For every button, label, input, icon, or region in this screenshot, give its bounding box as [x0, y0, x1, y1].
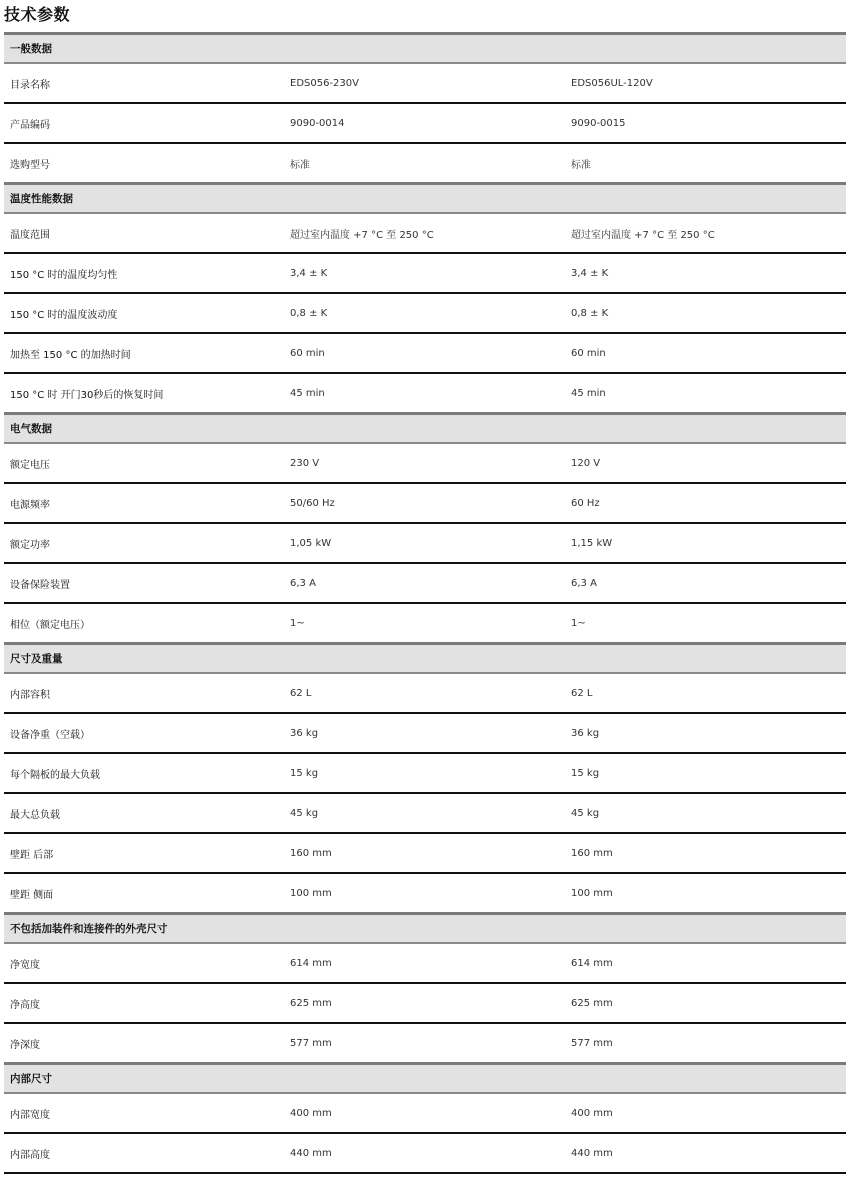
row-label: 设备保险装置 — [4, 576, 285, 591]
row-label: 内部高度 — [4, 1146, 285, 1161]
value-model-230v: 614 mm — [285, 958, 566, 969]
value-model-120v: 160 mm — [566, 848, 846, 859]
row-label: 加热至 150 °C 的加热时间 — [4, 346, 285, 361]
row-label: 壁距 后部 — [4, 846, 285, 861]
row-label: 净高度 — [4, 996, 285, 1011]
value-model-230v: 100 mm — [285, 888, 566, 899]
table-row: 150 °C 时 开门30秒后的恢复时间 45 min 45 min — [4, 374, 846, 412]
value-model-120v: 15 kg — [566, 768, 846, 779]
value-model-230v: 45 kg — [285, 808, 566, 819]
table-row: 电源频率 50/60 Hz 60 Hz — [4, 484, 846, 524]
table-row: 加热至 150 °C 的加热时间 60 min 60 min — [4, 334, 846, 374]
table-row: 净高度 625 mm 625 mm — [4, 984, 846, 1024]
table-row: 内部容积 62 L 62 L — [4, 674, 846, 714]
table-row: 最大总负载 45 kg 45 kg — [4, 794, 846, 834]
value-model-120v: 577 mm — [566, 1038, 846, 1049]
row-label: 内部宽度 — [4, 1106, 285, 1121]
value-model-230v: 15 kg — [285, 768, 566, 779]
value-model-120v: 45 min — [566, 388, 846, 399]
table-row: 150 °C 时的温度均匀性 3,4 ± K 3,4 ± K — [4, 254, 846, 294]
row-label: 额定电压 — [4, 456, 285, 471]
value-model-230v: 9090-0014 — [285, 118, 566, 129]
value-model-120v: 62 L — [566, 688, 846, 699]
value-model-120v: 0,8 ± K — [566, 308, 846, 319]
table-row: 额定功率 1,05 kW 1,15 kW — [4, 524, 846, 564]
table-row: 壁距 后部 160 mm 160 mm — [4, 834, 846, 874]
value-model-120v: 60 min — [566, 348, 846, 359]
value-model-230v: 1,05 kW — [285, 538, 566, 549]
table-row: 净宽度 614 mm 614 mm — [4, 944, 846, 984]
value-model-230v: 577 mm — [285, 1038, 566, 1049]
table-row: 选购型号 标准 标准 — [4, 144, 846, 182]
value-model-230v: 230 V — [285, 458, 566, 469]
row-label: 150 °C 时 开门30秒后的恢复时间 — [4, 386, 285, 401]
table-row: 额定电压 230 V 120 V — [4, 444, 846, 484]
table-row: 目录名称 EDS056-230V EDS056UL-120V — [4, 64, 846, 104]
row-label: 最大总负载 — [4, 806, 285, 821]
row-label: 温度范围 — [4, 226, 285, 241]
row-label: 壁距 侧面 — [4, 886, 285, 901]
table-row: 产品编码 9090-0014 9090-0015 — [4, 104, 846, 144]
value-model-120v: 440 mm — [566, 1148, 846, 1159]
row-label: 150 °C 时的温度均匀性 — [4, 266, 285, 281]
section-header-electrical: 电气数据 — [4, 412, 846, 444]
value-model-230v: 45 min — [285, 388, 566, 399]
value-model-230v: 62 L — [285, 688, 566, 699]
table-row: 温度范围 超过室内温度 +7 °C 至 250 °C 超过室内温度 +7 °C … — [4, 214, 846, 254]
row-label: 产品编码 — [4, 116, 285, 131]
row-label: 设备净重（空载） — [4, 726, 285, 741]
value-model-120v: 标准 — [566, 156, 846, 171]
row-label: 净深度 — [4, 1036, 285, 1051]
value-model-230v: 625 mm — [285, 998, 566, 1009]
row-label: 额定功率 — [4, 536, 285, 551]
value-model-230v: 6,3 A — [285, 578, 566, 589]
table-row: 净深度 577 mm 577 mm — [4, 1024, 846, 1062]
row-label: 每个隔板的最大负载 — [4, 766, 285, 781]
row-label: 目录名称 — [4, 76, 285, 91]
value-model-230v: 3,4 ± K — [285, 268, 566, 279]
section-header-temperature: 温度性能数据 — [4, 182, 846, 214]
value-model-120v: 400 mm — [566, 1108, 846, 1119]
value-model-230v: 0,8 ± K — [285, 308, 566, 319]
value-model-120v: 100 mm — [566, 888, 846, 899]
value-model-120v: 60 Hz — [566, 498, 846, 509]
table-row: 每个隔板的最大负载 15 kg 15 kg — [4, 754, 846, 794]
value-model-120v: 614 mm — [566, 958, 846, 969]
value-model-120v: EDS056UL-120V — [566, 78, 846, 89]
table-row: 150 °C 时的温度波动度 0,8 ± K 0,8 ± K — [4, 294, 846, 334]
value-model-120v: 36 kg — [566, 728, 846, 739]
row-label: 相位（额定电压） — [4, 616, 285, 631]
value-model-230v: 1~ — [285, 618, 566, 629]
value-model-230v: EDS056-230V — [285, 78, 566, 89]
section-header-external-dimensions: 不包括加装件和连接件的外壳尺寸 — [4, 912, 846, 944]
value-model-230v: 160 mm — [285, 848, 566, 859]
row-label: 150 °C 时的温度波动度 — [4, 306, 285, 321]
table-row: 设备保险装置 6,3 A 6,3 A — [4, 564, 846, 604]
table-row: 内部宽度 400 mm 400 mm — [4, 1094, 846, 1134]
value-model-120v: 45 kg — [566, 808, 846, 819]
value-model-120v: 1,15 kW — [566, 538, 846, 549]
table-row: 相位（额定电压） 1~ 1~ — [4, 604, 846, 642]
section-header-general: 一般数据 — [4, 32, 846, 64]
table-row: 内部高度 440 mm 440 mm — [4, 1134, 846, 1172]
section-header-internal-dimensions: 内部尺寸 — [4, 1062, 846, 1094]
value-model-120v: 3,4 ± K — [566, 268, 846, 279]
value-model-230v: 超过室内温度 +7 °C 至 250 °C — [285, 226, 566, 241]
row-label: 内部容积 — [4, 686, 285, 701]
row-label: 选购型号 — [4, 156, 285, 171]
spec-table: 一般数据 目录名称 EDS056-230V EDS056UL-120V 产品编码… — [4, 32, 846, 1174]
value-model-230v: 36 kg — [285, 728, 566, 739]
row-label: 净宽度 — [4, 956, 285, 971]
value-model-230v: 60 min — [285, 348, 566, 359]
value-model-120v: 6,3 A — [566, 578, 846, 589]
row-label: 电源频率 — [4, 496, 285, 511]
value-model-120v: 9090-0015 — [566, 118, 846, 129]
value-model-120v: 625 mm — [566, 998, 846, 1009]
value-model-230v: 50/60 Hz — [285, 498, 566, 509]
section-header-dimensions-weight: 尺寸及重量 — [4, 642, 846, 674]
page-title: 技术参数 — [4, 4, 70, 26]
value-model-230v: 440 mm — [285, 1148, 566, 1159]
value-model-120v: 120 V — [566, 458, 846, 469]
value-model-230v: 400 mm — [285, 1108, 566, 1119]
value-model-120v: 超过室内温度 +7 °C 至 250 °C — [566, 226, 846, 241]
value-model-230v: 标准 — [285, 156, 566, 171]
table-row: 设备净重（空载） 36 kg 36 kg — [4, 714, 846, 754]
value-model-120v: 1~ — [566, 618, 846, 629]
table-row: 壁距 侧面 100 mm 100 mm — [4, 874, 846, 912]
